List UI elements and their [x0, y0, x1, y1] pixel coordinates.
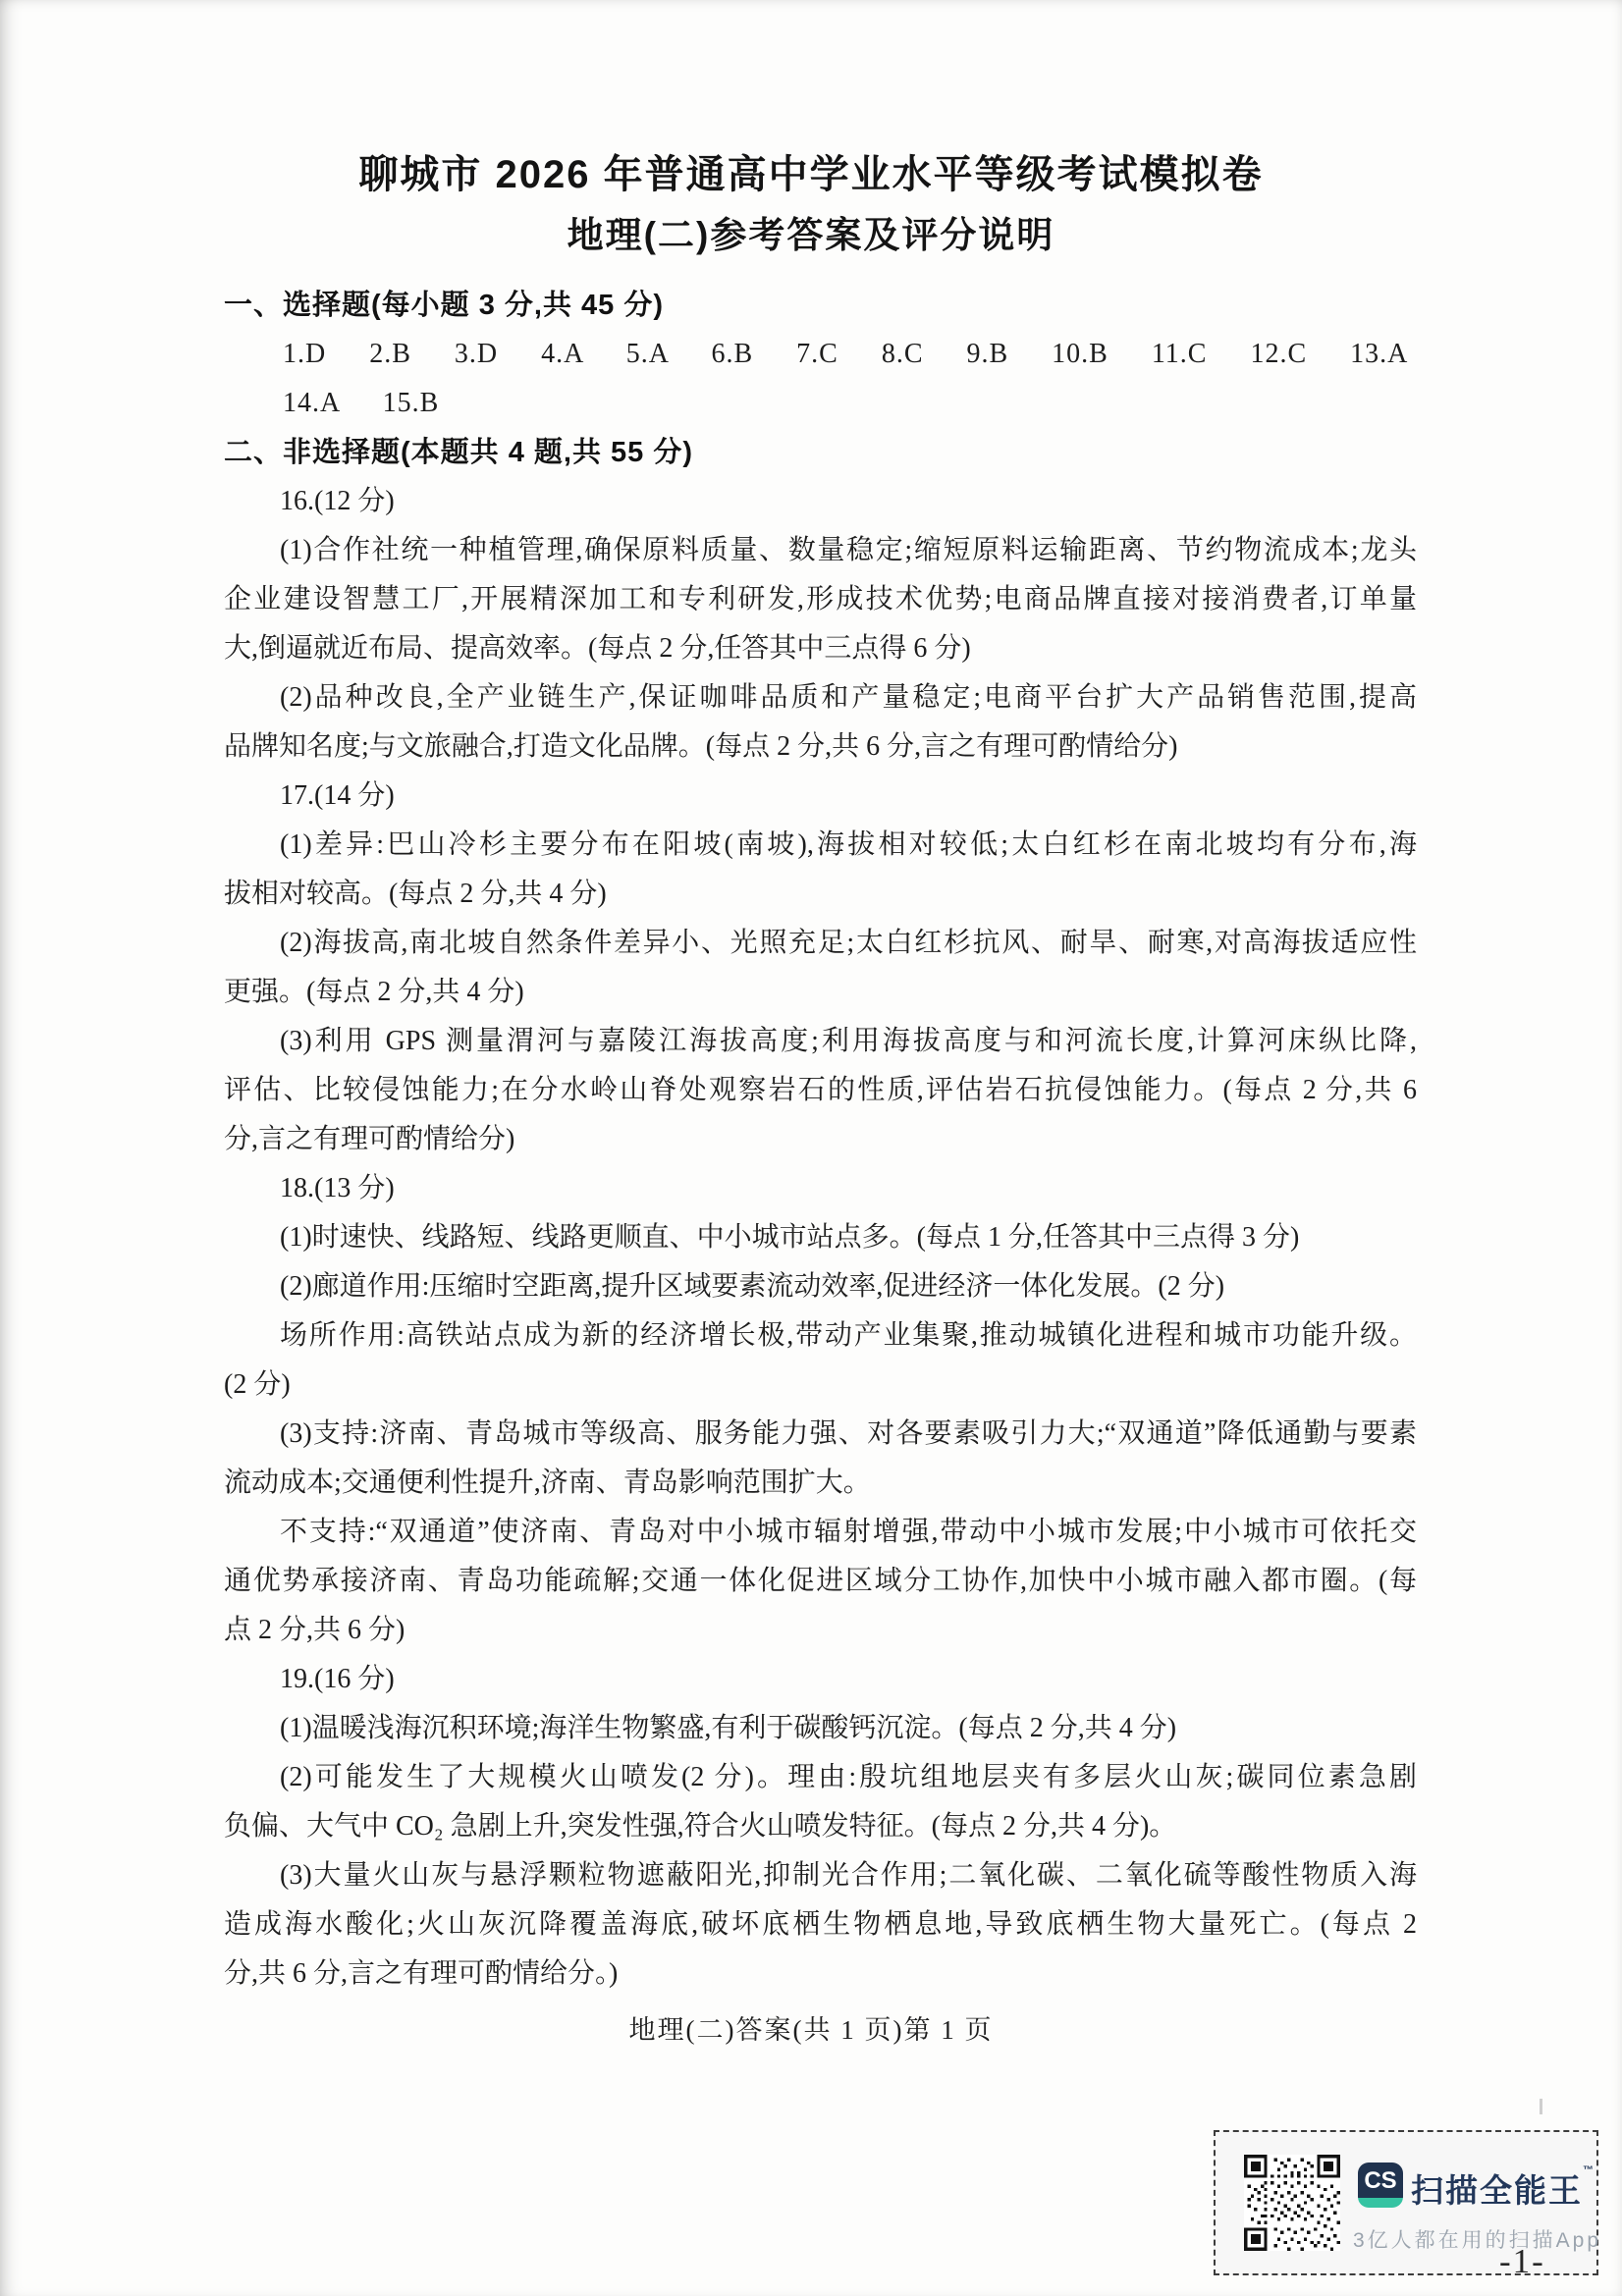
answer-line: (1)时速快、线路短、线路更顺直、中小城市站点多。(每点 1 分,任答其中三点得… — [224, 1213, 1417, 1262]
question-19-label: 19.(16 分) — [224, 1655, 1417, 1704]
section-heading-free-response: 二、非选择题(本题共 4 题,共 55 分) — [224, 428, 1417, 477]
answer-line: (3)支持:济南、青岛城市等级高、服务能力强、对各要素吸引力大;“双通道”降低通… — [224, 1410, 1417, 1459]
trademark-symbol: ™ — [1583, 2164, 1595, 2176]
answer-line: 评估、比较侵蚀能力;在分水岭山脊处观察岩石的性质,评估岩石抗侵蚀能力。(每点 2… — [224, 1066, 1417, 1115]
answer-line: 点 2 分,共 6 分) — [224, 1606, 1417, 1655]
answer-line: 拔相对较高。(每点 2 分,共 4 分) — [224, 870, 1417, 919]
camscanner-logo-icon: CS — [1358, 2163, 1403, 2208]
camscanner-tagline: 3亿人都在用的扫描App — [1353, 2224, 1601, 2254]
answer-line: 不支持:“双通道”使济南、青岛对中小城市辐射增强,带动中小城市发展;中小城市可依… — [224, 1508, 1417, 1557]
choice-answers-row-2: 14.A 15.B — [224, 379, 1417, 428]
answer-line: (2)海拔高,南北坡自然条件差异小、光照充足;太白红杉抗风、耐旱、耐寒,对高海拔… — [224, 919, 1417, 968]
answer-line: (2)品种改良,全产业链生产,保证咖啡品质和产量稳定;电商平台扩大产品销售范围,… — [224, 673, 1417, 722]
answer-line: (1)差异:巴山冷杉主要分布在阳坡(南坡),海拔相对较低;太白红杉在南北坡均有分… — [224, 821, 1417, 870]
answer-line: (3)利用 GPS 测量渭河与嘉陵江海拔高度;利用海拔高度与和河流长度,计算河床… — [224, 1017, 1417, 1066]
camscanner-logo-text: CS — [1364, 2167, 1396, 2194]
answer-line: 品牌知名度;与文旅融合,打造文化品牌。(每点 2 分,共 6 分,言之有理可酌情… — [224, 722, 1417, 772]
answer-line: (2)可能发生了大规模火山喷发(2 分)。理由:殷坑组地层夹有多层火山灰;碳同位… — [224, 1753, 1417, 1802]
question-17-label: 17.(14 分) — [224, 772, 1417, 821]
answer-line: 大,倒逼就近布局、提高效率。(每点 2 分,任答其中三点得 6 分) — [224, 624, 1417, 673]
page-number: -1- — [1499, 2242, 1545, 2281]
answer-line: (1)温暖浅海沉积环境;海洋生物繁盛,有利于碳酸钙沉淀。(每点 2 分,共 4 … — [224, 1704, 1417, 1753]
qr-code-icon — [1244, 2155, 1340, 2251]
answer-line: (3)大量火山灰与悬浮颗粒物遮蔽阳光,抑制光合作用;二氧化碳、二氧化硫等酸性物质… — [224, 1851, 1417, 1900]
answer-line: (2)廊道作用:压缩时空距离,提升区域要素流动效率,促进经济一体化发展。(2 分… — [224, 1262, 1417, 1311]
answer-content: 一、选择题(每小题 3 分,共 45 分) 1.D 2.B 3.D 4.A 5.… — [224, 281, 1417, 1999]
choice-answers-row-1: 1.D 2.B 3.D 4.A 5.A 6.B 7.C 8.C 9.B 10.B… — [224, 330, 1417, 379]
answer-line: 更强。(每点 2 分,共 4 分) — [224, 968, 1417, 1017]
exam-title: 聊城市 2026 年普通高中学业水平等级考试模拟卷 — [0, 143, 1622, 199]
answer-line: 流动成本;交通便利性提升,济南、青岛影响范围扩大。 — [224, 1459, 1417, 1508]
answer-key-subtitle: 地理(二)参考答案及评分说明 — [0, 205, 1622, 258]
question-16-label: 16.(12 分) — [224, 477, 1417, 526]
scan-artifact — [1540, 2099, 1542, 2114]
answer-line: 通优势承接济南、青岛功能疏解;交通一体化促进区域分工协作,加快中小城市融入都市圈… — [224, 1557, 1417, 1606]
answer-line: 企业建设智慧工厂,开展精深加工和专利研发,形成技术优势;电商品牌直接对接消费者,… — [224, 575, 1417, 624]
answer-line: (1)合作社统一种植管理,确保原料质量、数量稳定;缩短原料运输距离、节约物流成本… — [224, 526, 1417, 575]
answer-line: (2 分) — [224, 1361, 1417, 1410]
answer-line: 场所作用:高铁站点成为新的经济增长极,带动产业集聚,推动城镇化进程和城市功能升级… — [224, 1311, 1417, 1361]
answer-line: 负偏、大气中 CO₂ 急剧上升,突发性强,符合火山喷发特征。(每点 2 分,共 … — [224, 1802, 1417, 1851]
scanned-answer-key-page: 聊城市 2026 年普通高中学业水平等级考试模拟卷 地理(二)参考答案及评分说明… — [0, 0, 1622, 2296]
answer-line: 分,言之有理可酌情给分) — [224, 1115, 1417, 1164]
page-footer: 地理(二)答案(共 1 页)第 1 页 — [0, 2008, 1622, 2047]
answer-line: 造成海水酸化;火山灰沉降覆盖海底,破坏底栖生物栖息地,导致底栖生物大量死亡。(每… — [224, 1900, 1417, 1949]
camscanner-brand-name: 扫描全能王™ — [1411, 2165, 1595, 2212]
question-18-label: 18.(13 分) — [224, 1164, 1417, 1213]
section-heading-multiple-choice: 一、选择题(每小题 3 分,共 45 分) — [224, 281, 1417, 330]
brand-text: 扫描全能王 — [1411, 2172, 1583, 2209]
answer-line: 分,共 6 分,言之有理可酌情给分。) — [224, 1949, 1417, 1999]
